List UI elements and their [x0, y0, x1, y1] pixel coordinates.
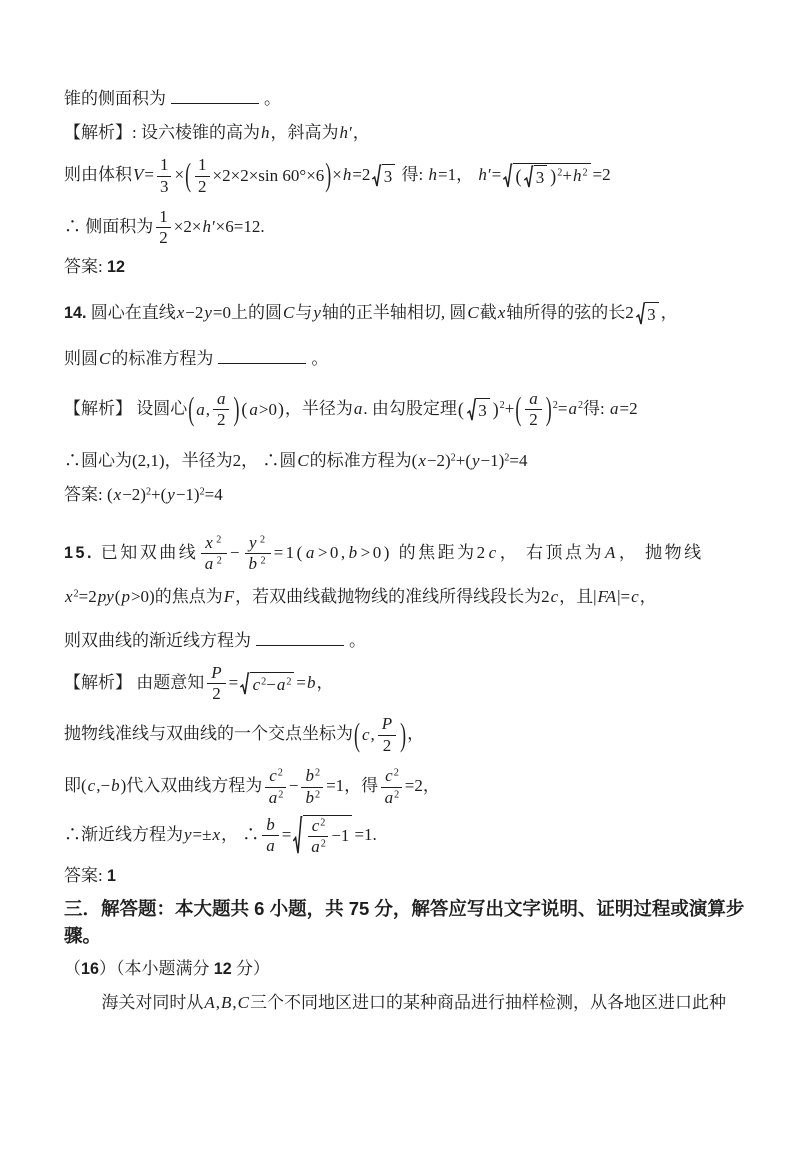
paren-group: (c,P2) [354, 715, 406, 755]
paren-group: (12×2×2×sin 60°×6) [185, 156, 331, 196]
q14-stem-line-2: 则圆C的标准方程为。 [64, 346, 746, 370]
sqrt-radical: (3)2+h2 [503, 163, 590, 189]
q15-stem-line-3: 则双曲线的渐近线方程为。 [64, 628, 746, 652]
sqrt-radical: 3 [636, 302, 659, 326]
q13-volume-equation-line: 则由体积V=13×(12×2×2×sin 60°×6)×h=23 得: h=1，… [64, 156, 746, 196]
fraction: c2a2 [308, 817, 329, 857]
fraction: a2 [525, 390, 542, 430]
radical-icon [503, 163, 512, 189]
paren-group: (a2) [515, 390, 551, 430]
fraction: c2a2 [265, 767, 286, 807]
q15-stem-line-2: x2=2py(p>0)的焦点为F，若双曲线截抛物线的准线所得线段长为2c，且|F… [64, 586, 746, 608]
radical-icon [636, 302, 645, 326]
answer-blank [218, 346, 306, 364]
sqrt-radical: 3 [372, 164, 395, 188]
radical-icon [240, 672, 249, 696]
fraction: P2 [378, 715, 396, 755]
radical-icon [293, 815, 302, 857]
q14-answer-line: 答案: (x−2)2+(y−1)2=4 [64, 484, 746, 506]
fraction: 12 [195, 156, 210, 196]
q16-stem-line-1: 海关对同时从A,B,C三个不同地区进口的某种商品进行抽样检测，从各地区进口此种 [64, 992, 746, 1014]
q14-analysis-line: 【解析】 设圆心(a,a2)(a>0)，半径为a. 由勾股定理(3)2+(a2)… [64, 390, 746, 430]
answer-blank [171, 86, 259, 104]
q15-analysis-line-2: 抛物线准线与双曲线的一个交点坐标为(c,P2)， [64, 715, 746, 755]
sqrt-radical: c2−a2 [240, 672, 294, 696]
fraction: a2 [213, 390, 230, 430]
q14-stem-line-1: 14. 圆心在直线x−2y=0上的圆C与y轴的正半轴相切, 圆C截x轴所得的弦的… [64, 302, 746, 326]
fraction: c2a2 [381, 767, 402, 807]
sqrt-radical: 3 [467, 398, 490, 422]
q13-stem-blank-line: 锥的侧面积为。 [64, 86, 746, 110]
q13-answer-line: 答案: 12 [64, 256, 746, 278]
paren-group: (3) [516, 165, 557, 189]
fraction: ba [262, 816, 279, 856]
q13-lateral-area-line: ∴ 侧面积为12×2×h′×6=12. [64, 208, 746, 248]
q15-analysis-line-4: ∴渐近线方程为y=±x， ∴ba=c2a2−1=1. [64, 815, 746, 857]
answer-blank [256, 628, 344, 646]
q16-title-line: （16）（本小题满分 12 分） [64, 958, 746, 980]
radical-icon [524, 165, 533, 189]
sqrt-radical: 3 [524, 165, 547, 189]
fraction: 12 [156, 208, 171, 248]
q15-analysis-line-3: 即(c,−b)代入双曲线方程为c2a2−b2b2=1，得c2a2=2， [64, 767, 746, 807]
fraction: 13 [157, 156, 172, 196]
q15-analysis-line-1: 【解析】 由题意知P2=c2−a2=b， [64, 664, 746, 704]
q13-analysis-setup-line: 【解析】: 设六棱锥的高为h，斜高为h′， [64, 122, 746, 144]
document-page: 锥的侧面积为。 【解析】: 设六棱锥的高为h，斜高为h′， 则由体积V=13×(… [0, 0, 800, 1164]
q15-stem-line-1: 15. 已知双曲线x2a2−y2b2=1(a>0,b>0) 的焦距为2c， 右顶… [64, 534, 746, 574]
paren-group: (a,a2) [188, 390, 239, 430]
radical-icon [372, 164, 381, 188]
radical-icon [467, 398, 476, 422]
fraction: x2a2 [201, 534, 227, 574]
q15-answer-line: 答案: 1 [64, 865, 746, 887]
section-3-heading: 三．解答题：本大题共 6 小题，共 75 分，解答应写出文字说明、证明过程或演算… [64, 895, 746, 951]
fraction: b2b2 [301, 767, 323, 807]
fraction: y2b2 [245, 534, 271, 574]
paren-group: (3) [458, 398, 499, 422]
fraction: P2 [207, 664, 225, 704]
paren-group: (a>0) [241, 398, 284, 421]
q14-conclusion-line: ∴圆心为(2,1)，半径为2， ∴圆C的标准方程为(x−2)2+(y−1)2=4 [64, 450, 746, 472]
sqrt-radical: c2a2−1 [293, 815, 352, 857]
